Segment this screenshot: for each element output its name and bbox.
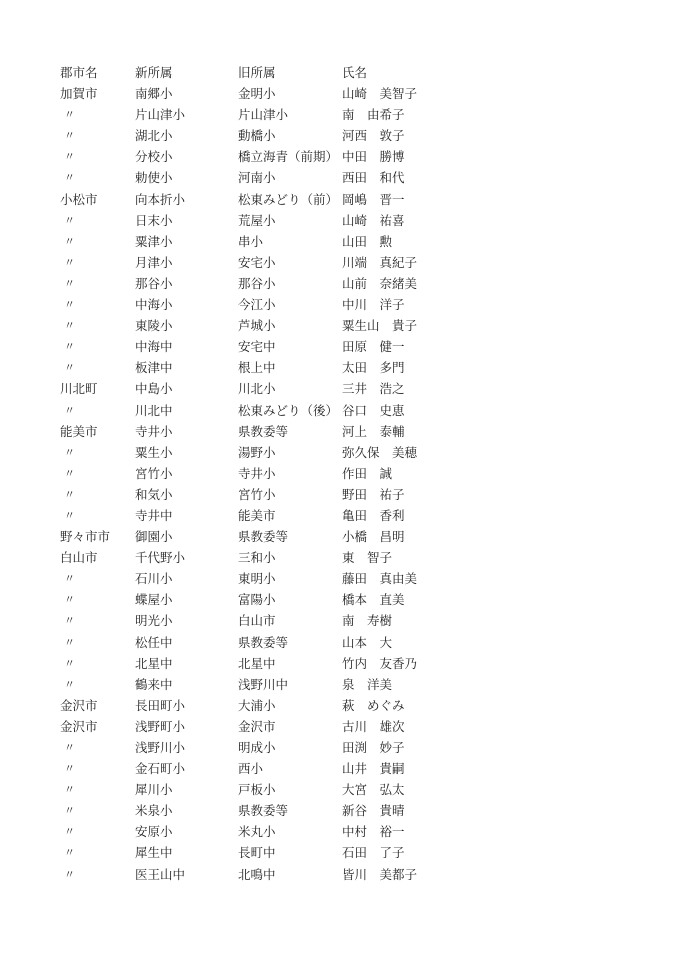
- new-affiliation-cell: 金石町小: [135, 758, 185, 779]
- old-affiliation-cell: 宮竹小: [238, 484, 276, 505]
- municipality-cell: 〃: [60, 505, 75, 526]
- new-affiliation-cell: 千代野小: [135, 547, 185, 568]
- name-cell: 山田 勲: [342, 231, 392, 252]
- name-cell: 河西 敦子: [342, 125, 405, 146]
- old-affiliation-cell: 安宅小: [238, 252, 276, 273]
- new-affiliation-cell: 東陵小: [135, 315, 173, 336]
- name-cell: 弥久保 美穂: [342, 442, 417, 463]
- municipality-cell: 〃: [60, 842, 75, 863]
- old-affiliation-cell: 富陽小: [238, 589, 276, 610]
- new-affiliation-cell: 粟津小: [135, 231, 173, 252]
- old-affiliation-cell: 大浦小: [238, 695, 276, 716]
- old-affiliation-cell: 明成小: [238, 737, 276, 758]
- municipality-cell: 〃: [60, 632, 75, 653]
- new-affiliation-cell: 御園小: [135, 526, 173, 547]
- new-affiliation-cell: 月津小: [135, 252, 173, 273]
- old-affiliation-cell: 北星中: [238, 653, 276, 674]
- municipality-cell: 川北町: [60, 378, 98, 399]
- name-cell: 亀田 香利: [342, 505, 405, 526]
- name-cell: 東 智子: [342, 547, 392, 568]
- name-cell: 山本 大: [342, 632, 392, 653]
- municipality-cell: 〃: [60, 758, 75, 779]
- new-affiliation-cell: 粟生小: [135, 442, 173, 463]
- municipality-cell: 〃: [60, 653, 75, 674]
- name-cell: 中川 洋子: [342, 294, 405, 315]
- municipality-cell: 加賀市: [60, 83, 98, 104]
- header-new-affiliation: 新所属: [135, 62, 173, 83]
- new-affiliation-cell: 医王山中: [135, 864, 185, 885]
- name-cell: 皆川 美都子: [342, 864, 417, 885]
- old-affiliation-cell: 荒屋小: [238, 210, 276, 231]
- municipality-cell: 〃: [60, 610, 75, 631]
- municipality-cell: 野々市市: [60, 526, 110, 547]
- old-affiliation-cell: 松東みどり（後）: [238, 400, 338, 421]
- municipality-cell: 〃: [60, 779, 75, 800]
- new-affiliation-cell: 和気小: [135, 484, 173, 505]
- municipality-cell: 〃: [60, 737, 75, 758]
- old-affiliation-cell: 湯野小: [238, 442, 276, 463]
- old-affiliation-cell: 西小: [238, 758, 263, 779]
- municipality-cell: 〃: [60, 463, 75, 484]
- new-affiliation-cell: 湖北小: [135, 125, 173, 146]
- old-affiliation-cell: 串小: [238, 231, 263, 252]
- name-cell: 南 寿樹: [342, 610, 392, 631]
- municipality-cell: 〃: [60, 146, 75, 167]
- new-affiliation-cell: 勅使小: [135, 167, 173, 188]
- name-cell: 萩 めぐみ: [342, 695, 405, 716]
- name-cell: 南 由希子: [342, 104, 405, 125]
- new-affiliation-cell: 鶴来中: [135, 674, 173, 695]
- old-affiliation-cell: 県教委等: [238, 632, 288, 653]
- new-affiliation-cell: 南郷小: [135, 83, 173, 104]
- name-cell: 藤田 真由美: [342, 568, 417, 589]
- new-affiliation-cell: 石川小: [135, 568, 173, 589]
- header-old-affiliation: 旧所属: [238, 62, 276, 83]
- old-affiliation-cell: 東明小: [238, 568, 276, 589]
- old-affiliation-cell: 動橋小: [238, 125, 276, 146]
- name-cell: 古川 雄次: [342, 716, 405, 737]
- municipality-cell: 〃: [60, 484, 75, 505]
- old-affiliation-cell: 三和小: [238, 547, 276, 568]
- municipality-cell: 能美市: [60, 421, 98, 442]
- name-cell: 太田 多門: [342, 357, 405, 378]
- municipality-cell: 〃: [60, 125, 75, 146]
- name-cell: 作田 誠: [342, 463, 392, 484]
- old-affiliation-cell: 片山津小: [238, 104, 288, 125]
- new-affiliation-cell: 松任中: [135, 632, 173, 653]
- new-affiliation-cell: 犀生中: [135, 842, 173, 863]
- old-affiliation-cell: 橋立海青（前期）: [238, 146, 338, 167]
- name-cell: 中田 勝博: [342, 146, 405, 167]
- new-affiliation-cell: 長田町小: [135, 695, 185, 716]
- municipality-cell: 〃: [60, 821, 75, 842]
- old-affiliation-cell: 県教委等: [238, 526, 288, 547]
- name-cell: 竹内 友香乃: [342, 653, 417, 674]
- new-affiliation-cell: 中海小: [135, 294, 173, 315]
- municipality-cell: 金沢市: [60, 716, 98, 737]
- old-affiliation-cell: 松東みどり（前）: [238, 189, 338, 210]
- new-affiliation-cell: 片山津小: [135, 104, 185, 125]
- name-cell: 岡嶋 晋一: [342, 189, 405, 210]
- new-affiliation-cell: 米泉小: [135, 800, 173, 821]
- name-cell: 谷口 史恵: [342, 400, 405, 421]
- municipality-cell: 〃: [60, 231, 75, 252]
- old-affiliation-cell: 寺井小: [238, 463, 276, 484]
- old-affiliation-cell: 米丸小: [238, 821, 276, 842]
- name-cell: 川端 真紀子: [342, 252, 417, 273]
- old-affiliation-cell: 長町中: [238, 842, 276, 863]
- municipality-cell: 〃: [60, 210, 75, 231]
- name-cell: 野田 祐子: [342, 484, 405, 505]
- new-affiliation-cell: 中島小: [135, 378, 173, 399]
- old-affiliation-cell: 金明小: [238, 83, 276, 104]
- municipality-cell: 〃: [60, 273, 75, 294]
- municipality-cell: 〃: [60, 442, 75, 463]
- name-cell: 泉 洋美: [342, 674, 392, 695]
- municipality-cell: 〃: [60, 568, 75, 589]
- new-affiliation-cell: 日末小: [135, 210, 173, 231]
- name-cell: 田原 健一: [342, 336, 405, 357]
- name-cell: 山前 奈緒美: [342, 273, 417, 294]
- new-affiliation-cell: 浅野町小: [135, 716, 185, 737]
- header-name: 氏名: [342, 62, 367, 83]
- municipality-cell: 〃: [60, 315, 75, 336]
- name-cell: 山崎 祐喜: [342, 210, 405, 231]
- new-affiliation-cell: 明光小: [135, 610, 173, 631]
- municipality-cell: 〃: [60, 336, 75, 357]
- municipality-cell: 金沢市: [60, 695, 98, 716]
- old-affiliation-cell: 浅野川中: [238, 674, 288, 695]
- old-affiliation-cell: 北鳴中: [238, 864, 276, 885]
- municipality-cell: 〃: [60, 800, 75, 821]
- old-affiliation-cell: 戸板小: [238, 779, 276, 800]
- old-affiliation-cell: 金沢市: [238, 716, 276, 737]
- name-cell: 粟生山 貴子: [342, 315, 417, 336]
- new-affiliation-cell: 分校小: [135, 146, 173, 167]
- municipality-cell: 〃: [60, 674, 75, 695]
- municipality-cell: 〃: [60, 252, 75, 273]
- municipality-cell: 〃: [60, 294, 75, 315]
- name-cell: 橋本 直美: [342, 589, 405, 610]
- name-cell: 石田 了子: [342, 842, 405, 863]
- municipality-cell: 〃: [60, 589, 75, 610]
- new-affiliation-cell: 向本折小: [135, 189, 185, 210]
- municipality-cell: 〃: [60, 357, 75, 378]
- new-affiliation-cell: 川北中: [135, 400, 173, 421]
- municipality-cell: 〃: [60, 864, 75, 885]
- municipality-cell: 〃: [60, 104, 75, 125]
- header-municipality: 郡市名: [60, 62, 98, 83]
- old-affiliation-cell: 白山市: [238, 610, 276, 631]
- new-affiliation-cell: 浅野川小: [135, 737, 185, 758]
- old-affiliation-cell: 根上中: [238, 357, 276, 378]
- new-affiliation-cell: 那谷小: [135, 273, 173, 294]
- new-affiliation-cell: 寺井小: [135, 421, 173, 442]
- name-cell: 山崎 美智子: [342, 83, 417, 104]
- name-cell: 新谷 貴晴: [342, 800, 405, 821]
- old-affiliation-cell: 安宅中: [238, 336, 276, 357]
- new-affiliation-cell: 板津中: [135, 357, 173, 378]
- new-affiliation-cell: 中海中: [135, 336, 173, 357]
- new-affiliation-cell: 宮竹小: [135, 463, 173, 484]
- name-cell: 河上 泰輔: [342, 421, 405, 442]
- new-affiliation-cell: 犀川小: [135, 779, 173, 800]
- name-cell: 三井 浩之: [342, 378, 405, 399]
- municipality-cell: 〃: [60, 400, 75, 421]
- old-affiliation-cell: 河南小: [238, 167, 276, 188]
- municipality-cell: 白山市: [60, 547, 98, 568]
- name-cell: 大宮 弘太: [342, 779, 405, 800]
- old-affiliation-cell: 県教委等: [238, 421, 288, 442]
- name-cell: 中村 裕一: [342, 821, 405, 842]
- municipality-cell: 〃: [60, 167, 75, 188]
- old-affiliation-cell: 川北小: [238, 378, 276, 399]
- old-affiliation-cell: 芦城小: [238, 315, 276, 336]
- new-affiliation-cell: 蝶屋小: [135, 589, 173, 610]
- new-affiliation-cell: 寺井中: [135, 505, 173, 526]
- old-affiliation-cell: 今江小: [238, 294, 276, 315]
- name-cell: 山井 貴嗣: [342, 758, 405, 779]
- name-cell: 西田 和代: [342, 167, 405, 188]
- old-affiliation-cell: 県教委等: [238, 800, 288, 821]
- new-affiliation-cell: 安原小: [135, 821, 173, 842]
- name-cell: 田渕 妙子: [342, 737, 405, 758]
- municipality-cell: 小松市: [60, 189, 98, 210]
- old-affiliation-cell: 能美市: [238, 505, 276, 526]
- name-cell: 小橋 昌明: [342, 526, 405, 547]
- new-affiliation-cell: 北星中: [135, 653, 173, 674]
- old-affiliation-cell: 那谷小: [238, 273, 276, 294]
